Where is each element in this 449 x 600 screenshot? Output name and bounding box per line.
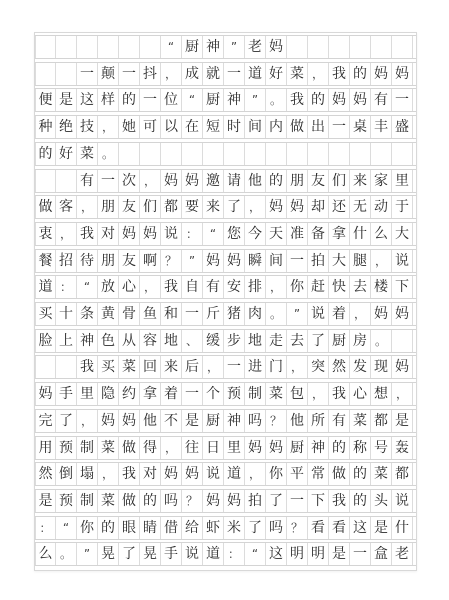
text-row: 么。”晃了晃手说道：“这明明是一盒老	[35, 542, 416, 566]
grid-cell: 的	[266, 170, 287, 192]
text-row: 完了，妈妈他不是厨神吗？他所有菜都是	[35, 409, 416, 433]
grid-cell: 容	[140, 330, 161, 352]
empty-grid-cell	[119, 36, 140, 58]
grid-cell: ？	[182, 490, 203, 512]
grid-cell: 样	[98, 89, 119, 111]
grid-cell: 厨	[203, 410, 224, 432]
grid-cell: 制	[245, 383, 266, 405]
text-row: 衷，我对妈妈说：“您今天准备拿什么大	[35, 222, 416, 246]
grid-cell: ，	[371, 250, 392, 272]
grid-cell: 种	[35, 116, 56, 138]
grid-cell: ，	[140, 276, 161, 298]
grid-cell: 晃	[98, 543, 119, 565]
text-row: 我买菜回来后，一进门，突然发现妈	[35, 355, 416, 379]
text-row: ：“你的眼睛借给虾米了吗？看看这是什	[35, 516, 416, 540]
grid-cell: 轰	[392, 437, 413, 459]
grid-cell: 排	[245, 276, 266, 298]
grid-cell: 么	[35, 543, 56, 565]
text-row: 然倒塌，我对妈妈说道，你平常做的菜都	[35, 462, 416, 486]
grid-cell: 妈	[98, 410, 119, 432]
grid-cell: 妈	[119, 410, 140, 432]
grid-cell: 地	[161, 330, 182, 352]
grid-cell: 现	[371, 356, 392, 378]
grid-cell: 厨	[287, 437, 308, 459]
grid-cell: ：	[56, 276, 77, 298]
text-row: 餐招待朋友啊？”妈妈瞬间一拍大腿，说	[35, 249, 416, 273]
grid-cell: 隐	[98, 383, 119, 405]
empty-grid-cell	[98, 36, 119, 58]
grid-cell: 晃	[140, 543, 161, 565]
grid-cell: 什	[350, 223, 371, 245]
grid-cell: 缓	[203, 330, 224, 352]
grid-cell: 却	[308, 196, 329, 218]
grid-cell: 房	[350, 330, 371, 352]
grid-cell: 拿	[329, 223, 350, 245]
grid-cell: 是	[371, 517, 392, 539]
text-row: 种绝技，她可以在短时间内做出一桌丰盛	[35, 115, 416, 139]
grid-cell: 一	[350, 543, 371, 565]
grid-cell: 来	[203, 196, 224, 218]
grid-cell: 我	[77, 223, 98, 245]
grid-cell: 妈	[140, 223, 161, 245]
grid-cell: 么	[371, 223, 392, 245]
grid-cell: 友	[119, 196, 140, 218]
grid-cell: 绝	[56, 116, 77, 138]
grid-cell: ，	[350, 303, 371, 325]
grid-cell: 他	[245, 170, 266, 192]
grid-cell: 一	[77, 63, 98, 85]
text-row: 脸上神色从容地、缓步地走去了厨房。	[35, 329, 416, 353]
grid-cell: ，	[56, 223, 77, 245]
grid-cell: 丰	[371, 116, 392, 138]
text-row: 的好菜。	[35, 142, 416, 166]
grid-cell: 一	[119, 63, 140, 85]
grid-cell: 买	[35, 303, 56, 325]
grid-cell: 明	[308, 543, 329, 565]
grid-cell: 的	[119, 89, 140, 111]
grid-cell: 黄	[98, 303, 119, 325]
grid-cell: 快	[329, 276, 350, 298]
grid-cell: 去	[350, 276, 371, 298]
grid-cell: 都	[371, 410, 392, 432]
grid-cell: 突	[308, 356, 329, 378]
grid-cell: 斤	[203, 303, 224, 325]
grid-cell: 无	[350, 196, 371, 218]
grid-cell: 不	[161, 410, 182, 432]
grid-cell: ，	[245, 463, 266, 485]
grid-cell: 是	[56, 89, 77, 111]
grid-cell: 的	[350, 490, 371, 512]
grid-cell: 菜	[371, 463, 392, 485]
grid-cell: 用	[35, 437, 56, 459]
empty-grid-cell	[35, 36, 56, 58]
grid-cell: 地	[245, 330, 266, 352]
grid-cell: 的	[140, 490, 161, 512]
empty-grid-cell	[56, 170, 77, 192]
empty-grid-cell	[56, 63, 77, 85]
grid-cell: 有	[77, 170, 98, 192]
empty-grid-cell	[161, 143, 182, 165]
grid-cell: 做	[119, 437, 140, 459]
grid-cell: 一	[329, 116, 350, 138]
grid-cell: 友	[308, 170, 329, 192]
grid-cell: 买	[98, 356, 119, 378]
grid-cell: 手	[161, 543, 182, 565]
grid-cell: 了	[224, 196, 245, 218]
grid-cell: 吗	[266, 517, 287, 539]
grid-cell: 来	[350, 170, 371, 192]
grid-cell: 妈	[182, 463, 203, 485]
grid-cell: 做	[329, 463, 350, 485]
grid-cell: 的	[350, 63, 371, 85]
grid-cell: 放	[98, 276, 119, 298]
grid-cell: 妈	[266, 196, 287, 218]
grid-cell: 所	[308, 410, 329, 432]
empty-grid-cell	[56, 356, 77, 378]
grid-cell: 朋	[98, 250, 119, 272]
grid-cell: 次	[119, 170, 140, 192]
grid-cell: 内	[266, 116, 287, 138]
grid-cell: 你	[287, 276, 308, 298]
grid-cell: 我	[77, 356, 98, 378]
grid-cell: 制	[77, 437, 98, 459]
grid-cell: 虾	[203, 517, 224, 539]
grid-cell: 对	[140, 463, 161, 485]
grid-cell: ：	[182, 223, 203, 245]
grid-cell: 这	[350, 517, 371, 539]
empty-grid-cell	[224, 143, 245, 165]
grid-cell: ”	[182, 250, 203, 272]
grid-cell: 邀	[203, 170, 224, 192]
grid-cell: 是	[329, 543, 350, 565]
grid-cell: 是	[392, 410, 413, 432]
grid-cell: 妈	[371, 63, 392, 85]
grid-cell: 老	[392, 543, 413, 565]
grid-cell: 进	[245, 356, 266, 378]
grid-cell: 预	[56, 437, 77, 459]
grid-cell: 得	[140, 437, 161, 459]
grid-cell: 一	[287, 250, 308, 272]
grid-cell: ，	[77, 196, 98, 218]
grid-cell: 说	[182, 543, 203, 565]
grid-cell: 了	[266, 490, 287, 512]
grid-cell: 着	[161, 383, 182, 405]
grid-cell: 塌	[77, 463, 98, 485]
grid-cell: 菜	[287, 63, 308, 85]
empty-grid-cell	[182, 143, 203, 165]
grid-cell: 短	[203, 116, 224, 138]
grid-cell: 后	[182, 356, 203, 378]
text-row: 有一次，妈妈邀请他的朋友们来家里	[35, 169, 416, 193]
grid-cell: 都	[392, 463, 413, 485]
grid-cell: 米	[224, 517, 245, 539]
grid-cell: ，	[161, 63, 182, 85]
grid-cell: 妈	[245, 437, 266, 459]
grid-cell: 说	[203, 463, 224, 485]
grid-cell: 神	[203, 36, 224, 58]
grid-cell: 菜	[77, 143, 98, 165]
grid-cell: 脸	[35, 330, 56, 352]
grid-cell: 出	[308, 116, 329, 138]
grid-cell: 了	[119, 543, 140, 565]
empty-grid-cell	[203, 143, 224, 165]
grid-cell: 做	[287, 116, 308, 138]
grid-cell: 条	[77, 303, 98, 325]
grid-cell: 预	[224, 383, 245, 405]
grid-cell: 里	[77, 383, 98, 405]
grid-cell: 制	[77, 490, 98, 512]
grid-cell: 妈	[350, 89, 371, 111]
grid-cell: 心	[350, 383, 371, 405]
grid-cell: 颠	[98, 63, 119, 85]
grid-cell: ，	[392, 383, 413, 405]
grid-cell: 桌	[350, 116, 371, 138]
grid-cell: 们	[329, 170, 350, 192]
grid-cell: 招	[56, 250, 77, 272]
grid-cell: 大	[392, 223, 413, 245]
grid-cell: “	[56, 517, 77, 539]
grid-cell: 做	[35, 196, 56, 218]
grid-cell: 想	[371, 383, 392, 405]
grid-cell: 借	[161, 517, 182, 539]
grid-cell: 神	[224, 410, 245, 432]
grid-cell: ？	[287, 517, 308, 539]
grid-cell: 神	[77, 330, 98, 352]
grid-cell: 色	[98, 330, 119, 352]
empty-grid-cell	[392, 330, 413, 352]
grid-cell: “	[77, 276, 98, 298]
grid-cell: 妈	[161, 463, 182, 485]
grid-cell: 说	[161, 223, 182, 245]
grid-cell: 好	[266, 63, 287, 85]
grid-cell: 厨	[329, 330, 350, 352]
title-row: “厨神”老妈	[35, 35, 416, 59]
grid-cell: ，	[98, 116, 119, 138]
grid-cell: 妈	[35, 383, 56, 405]
grid-cell: 完	[35, 410, 56, 432]
grid-cell: 从	[119, 330, 140, 352]
grid-cell: 一	[224, 63, 245, 85]
grid-cell: 你	[77, 517, 98, 539]
empty-grid-cell	[371, 143, 392, 165]
grid-cell: 盛	[392, 116, 413, 138]
grid-cell: ，	[266, 276, 287, 298]
grid-cell: ，	[203, 356, 224, 378]
grid-cell: 啊	[140, 250, 161, 272]
grid-cell: 她	[119, 116, 140, 138]
grid-cell: 妈	[371, 303, 392, 325]
empty-grid-cell	[329, 143, 350, 165]
grid-cell: 来	[161, 356, 182, 378]
grid-cell: 的	[350, 463, 371, 485]
grid-cell: 下	[392, 276, 413, 298]
grid-cell: 倒	[56, 463, 77, 485]
grid-cell: 朋	[287, 170, 308, 192]
grid-cell: 着	[329, 303, 350, 325]
grid-cell: 我	[161, 276, 182, 298]
grid-cell: 今	[245, 223, 266, 245]
grid-cell: 间	[266, 250, 287, 272]
grid-cell: 一	[287, 490, 308, 512]
grid-cell: 抖	[140, 63, 161, 85]
grid-cell: 说	[392, 490, 413, 512]
grid-cell: 号	[371, 437, 392, 459]
grid-cell: 妈	[392, 303, 413, 325]
grid-cell: 是	[182, 410, 203, 432]
grid-cell: “	[245, 543, 266, 565]
grid-cell: 发	[350, 356, 371, 378]
grid-cell: 上	[56, 330, 77, 352]
manuscript-paper: “厨神”老妈一颠一抖，成就一道好菜，我的妈妈便是这样的一位“厨神”。我的妈妈有一…	[34, 32, 417, 571]
empty-grid-cell	[56, 36, 77, 58]
grid-cell: 肉	[245, 303, 266, 325]
grid-cell: 。	[98, 143, 119, 165]
grid-cell: 时	[224, 116, 245, 138]
grid-cell: 的	[329, 437, 350, 459]
grid-cell: 妈	[392, 356, 413, 378]
grid-cell: 一	[182, 303, 203, 325]
grid-cell: 然	[35, 463, 56, 485]
grid-cell: ，	[245, 196, 266, 218]
grid-cell: 什	[392, 517, 413, 539]
empty-grid-cell	[35, 63, 56, 85]
empty-grid-cell	[77, 36, 98, 58]
empty-grid-cell	[308, 36, 329, 58]
grid-cell: 他	[287, 410, 308, 432]
empty-grid-cell	[329, 36, 350, 58]
grid-cell: 、	[182, 330, 203, 352]
grid-cell: 的	[98, 517, 119, 539]
empty-grid-cell	[35, 170, 56, 192]
grid-cell: 预	[56, 490, 77, 512]
grid-cell: 眼	[119, 517, 140, 539]
text-row: 妈手里隐约拿着一个预制菜包，我心想，	[35, 382, 416, 406]
grid-cell: 道	[224, 463, 245, 485]
grid-cell: 平	[287, 463, 308, 485]
grid-cell: 明	[287, 543, 308, 565]
grid-cell: 看	[329, 517, 350, 539]
grid-cell: 头	[371, 490, 392, 512]
grid-cell: 。	[371, 330, 392, 352]
grid-cell: 的	[35, 143, 56, 165]
empty-grid-cell	[392, 36, 413, 58]
empty-grid-cell	[140, 36, 161, 58]
grid-cell: 妈	[203, 490, 224, 512]
grid-cell: 一	[140, 89, 161, 111]
grid-cell: 厨	[182, 36, 203, 58]
grid-cell: 睛	[140, 517, 161, 539]
grid-cell: 这	[77, 89, 98, 111]
grid-cell: 您	[224, 223, 245, 245]
grid-cell: 约	[119, 383, 140, 405]
grid-cell: ，	[77, 410, 98, 432]
grid-cell: 客	[56, 196, 77, 218]
grid-cell: ”	[77, 543, 98, 565]
grid-cell: 妈	[203, 250, 224, 272]
grid-cell: 和	[161, 303, 182, 325]
grid-cell: 腿	[350, 250, 371, 272]
empty-grid-cell	[140, 143, 161, 165]
grid-cell: 还	[329, 196, 350, 218]
grid-cell: 对	[98, 223, 119, 245]
grid-cell: 菜	[98, 437, 119, 459]
grid-cell: 骨	[119, 303, 140, 325]
grid-cell: 鱼	[140, 303, 161, 325]
empty-grid-cell	[350, 36, 371, 58]
grid-cell: 说	[308, 303, 329, 325]
grid-cell: ”	[245, 89, 266, 111]
grid-cell: 吗	[245, 410, 266, 432]
text-row: 一颠一抖，成就一道好菜，我的妈妈	[35, 62, 416, 86]
grid-cell: 于	[392, 196, 413, 218]
grid-cell: 妈	[224, 250, 245, 272]
grid-cell: 要	[182, 196, 203, 218]
grid-cell: 我	[329, 490, 350, 512]
text-row: 便是这样的一位“厨神”。我的妈妈有一	[35, 88, 416, 112]
grid-cell: 道	[203, 543, 224, 565]
grid-cell: 你	[266, 463, 287, 485]
grid-cell: 待	[77, 250, 98, 272]
grid-cell: 友	[119, 250, 140, 272]
text-row: 做客，朋友们都要来了，妈妈却还无动于	[35, 195, 416, 219]
grid-cell: 的	[308, 89, 329, 111]
text-row: 道：“放心，我自有安排，你赶快去楼下	[35, 275, 416, 299]
grid-cell: 动	[371, 196, 392, 218]
grid-cell: 道	[35, 276, 56, 298]
grid-cell: 称	[350, 437, 371, 459]
grid-cell: “	[182, 89, 203, 111]
grid-cell: 盒	[371, 543, 392, 565]
grid-cell: 去	[287, 330, 308, 352]
empty-grid-cell	[35, 356, 56, 378]
grid-cell: 位	[161, 89, 182, 111]
grid-cell: 妈	[182, 170, 203, 192]
empty-grid-cell	[287, 143, 308, 165]
grid-cell: ”	[287, 303, 308, 325]
grid-cell: 家	[371, 170, 392, 192]
grid-cell: 包	[287, 383, 308, 405]
grid-cell: 一	[98, 170, 119, 192]
grid-cell: 。	[56, 543, 77, 565]
grid-cell: 朋	[98, 196, 119, 218]
grid-cell: ”	[224, 36, 245, 58]
grid-cell: 妈	[119, 223, 140, 245]
grid-cell: 神	[224, 89, 245, 111]
grid-cell: 赶	[308, 276, 329, 298]
grid-cell: 十	[56, 303, 77, 325]
empty-grid-cell	[245, 143, 266, 165]
grid-cell: ，	[308, 63, 329, 85]
grid-cell: 便	[35, 89, 56, 111]
grid-cell: 说	[392, 250, 413, 272]
grid-cell: 妈	[329, 89, 350, 111]
grid-cell: 我	[329, 63, 350, 85]
grid-cell: 这	[266, 543, 287, 565]
grid-cell: 。	[266, 89, 287, 111]
empty-grid-cell	[287, 36, 308, 58]
grid-cell: 可	[140, 116, 161, 138]
grid-cell: 一	[224, 356, 245, 378]
grid-cell: 个	[203, 383, 224, 405]
grid-cell: 楼	[371, 276, 392, 298]
grid-cell: 自	[182, 276, 203, 298]
grid-cell: 妈	[392, 63, 413, 85]
grid-cell: 妈	[266, 437, 287, 459]
grid-cell: 门	[266, 356, 287, 378]
grid-cell: 做	[119, 490, 140, 512]
grid-cell: 我	[329, 383, 350, 405]
grid-cell: 老	[245, 36, 266, 58]
